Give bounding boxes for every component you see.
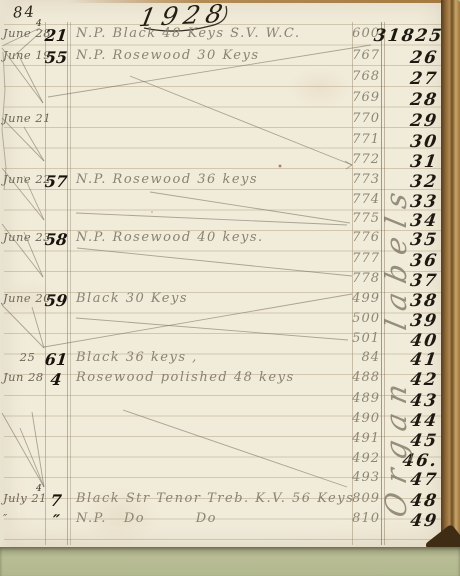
ledger-row: 77837 xyxy=(0,271,443,291)
entry-description: Black Str Tenor Treb. K.V. 56 Keys xyxy=(76,491,354,506)
scanned-ledger-photo: 84 1928 June 28421N.P. Black 48 Keys S.V… xyxy=(0,0,460,576)
entry-date: June 22 xyxy=(3,172,47,186)
entry-date: June 19 xyxy=(3,48,47,62)
ledger-row: June 1955N.P. Rosewood 30 Keys76726 xyxy=(0,48,443,68)
entry-description: N.P. Do Do xyxy=(76,511,217,526)
entry-date: June 20 xyxy=(3,291,47,305)
entry-date: June 23 xyxy=(3,230,47,244)
ledger-row: 49145 xyxy=(0,431,443,451)
margin-note-vertical: Organ labels xyxy=(379,111,411,520)
entry-superscript: 4 xyxy=(36,484,42,494)
ledger-row: June 2257N.P. Rosewood 36 keys77332 xyxy=(0,172,443,192)
ledger-row: 50140 xyxy=(0,331,443,351)
entry-description: Rosewood polished 48 keys xyxy=(76,370,295,385)
entry-description: N.P. Rosewood 36 keys xyxy=(76,172,258,187)
ledger-row: 76928 xyxy=(0,90,443,110)
entry-number: 57 xyxy=(44,172,68,191)
ledger-row: 77130 xyxy=(0,132,443,152)
entry-number: 55 xyxy=(44,48,68,67)
ledger-row: 76827 xyxy=(0,69,443,89)
ledger-row: June 2177029 xyxy=(0,111,443,131)
ledger-row: 50039 xyxy=(0,311,443,331)
entry-description: Black 36 keys , xyxy=(76,350,198,365)
ledger-row: June 2059Black 30 Keys49938 xyxy=(0,291,443,311)
ledger-row: 48943 xyxy=(0,391,443,411)
ledger-row: June 28421N.P. Black 48 Keys S.V. W.C.60… xyxy=(0,26,443,46)
serial-number: 31825 xyxy=(373,26,440,46)
ledger-row: 49246. xyxy=(0,451,443,471)
entry-description: N.P. Black 48 Keys S.V. W.C. xyxy=(76,26,300,41)
ledger-paper: 84 1928 June 28421N.P. Black 48 Keys S.V… xyxy=(0,0,443,547)
entry-number: 21 xyxy=(44,26,68,45)
ledger-row: 77736 xyxy=(0,251,443,271)
entry-number: 59 xyxy=(44,291,68,310)
entry-superscript: 4 xyxy=(36,19,42,29)
ledger-row: 49347 xyxy=(0,470,443,490)
book-cover-edge xyxy=(441,0,460,552)
ledger-row: June 2358N.P. Rosewood 40 keys.77635 xyxy=(0,230,443,250)
entry-number: 58 xyxy=(44,230,68,249)
ledger-row: ″″N.P. Do Do81049 xyxy=(0,511,443,531)
ledger-row: 49044 xyxy=(0,411,443,431)
entry-date: ″ xyxy=(3,511,47,525)
entry-description: Black 30 Keys xyxy=(76,291,188,306)
ledger-row: July 2147Black Str Tenor Treb. K.V. 56 K… xyxy=(0,491,443,511)
ledger-row: Jun 284Rosewood polished 48 keys48842 xyxy=(0,370,443,390)
ledger-row: 2561Black 36 keys ,8441 xyxy=(0,350,443,370)
ledger-rows: June 28421N.P. Black 48 Keys S.V. W.C.60… xyxy=(0,0,443,547)
entry-date: 25 xyxy=(3,350,47,364)
desk-background xyxy=(0,547,460,576)
ledger-row: 77231 xyxy=(0,152,443,172)
entry-number: 61 xyxy=(44,350,68,369)
entry-description: N.P. Rosewood 30 Keys xyxy=(76,48,260,63)
entry-date: Jun 28 xyxy=(3,370,47,384)
serial-number: 27 xyxy=(373,69,440,89)
serial-number: 26 xyxy=(373,48,440,68)
entry-number: ″ xyxy=(44,511,68,530)
entry-number: 4 xyxy=(44,370,68,389)
ledger-row: 77534 xyxy=(0,211,443,231)
ledger-row: 77433 xyxy=(0,192,443,212)
entry-date: June 21 xyxy=(3,111,47,125)
serial-number: 28 xyxy=(373,90,440,110)
entry-description: N.P. Rosewood 40 keys. xyxy=(76,230,264,245)
entry-number: 7 xyxy=(44,491,68,510)
